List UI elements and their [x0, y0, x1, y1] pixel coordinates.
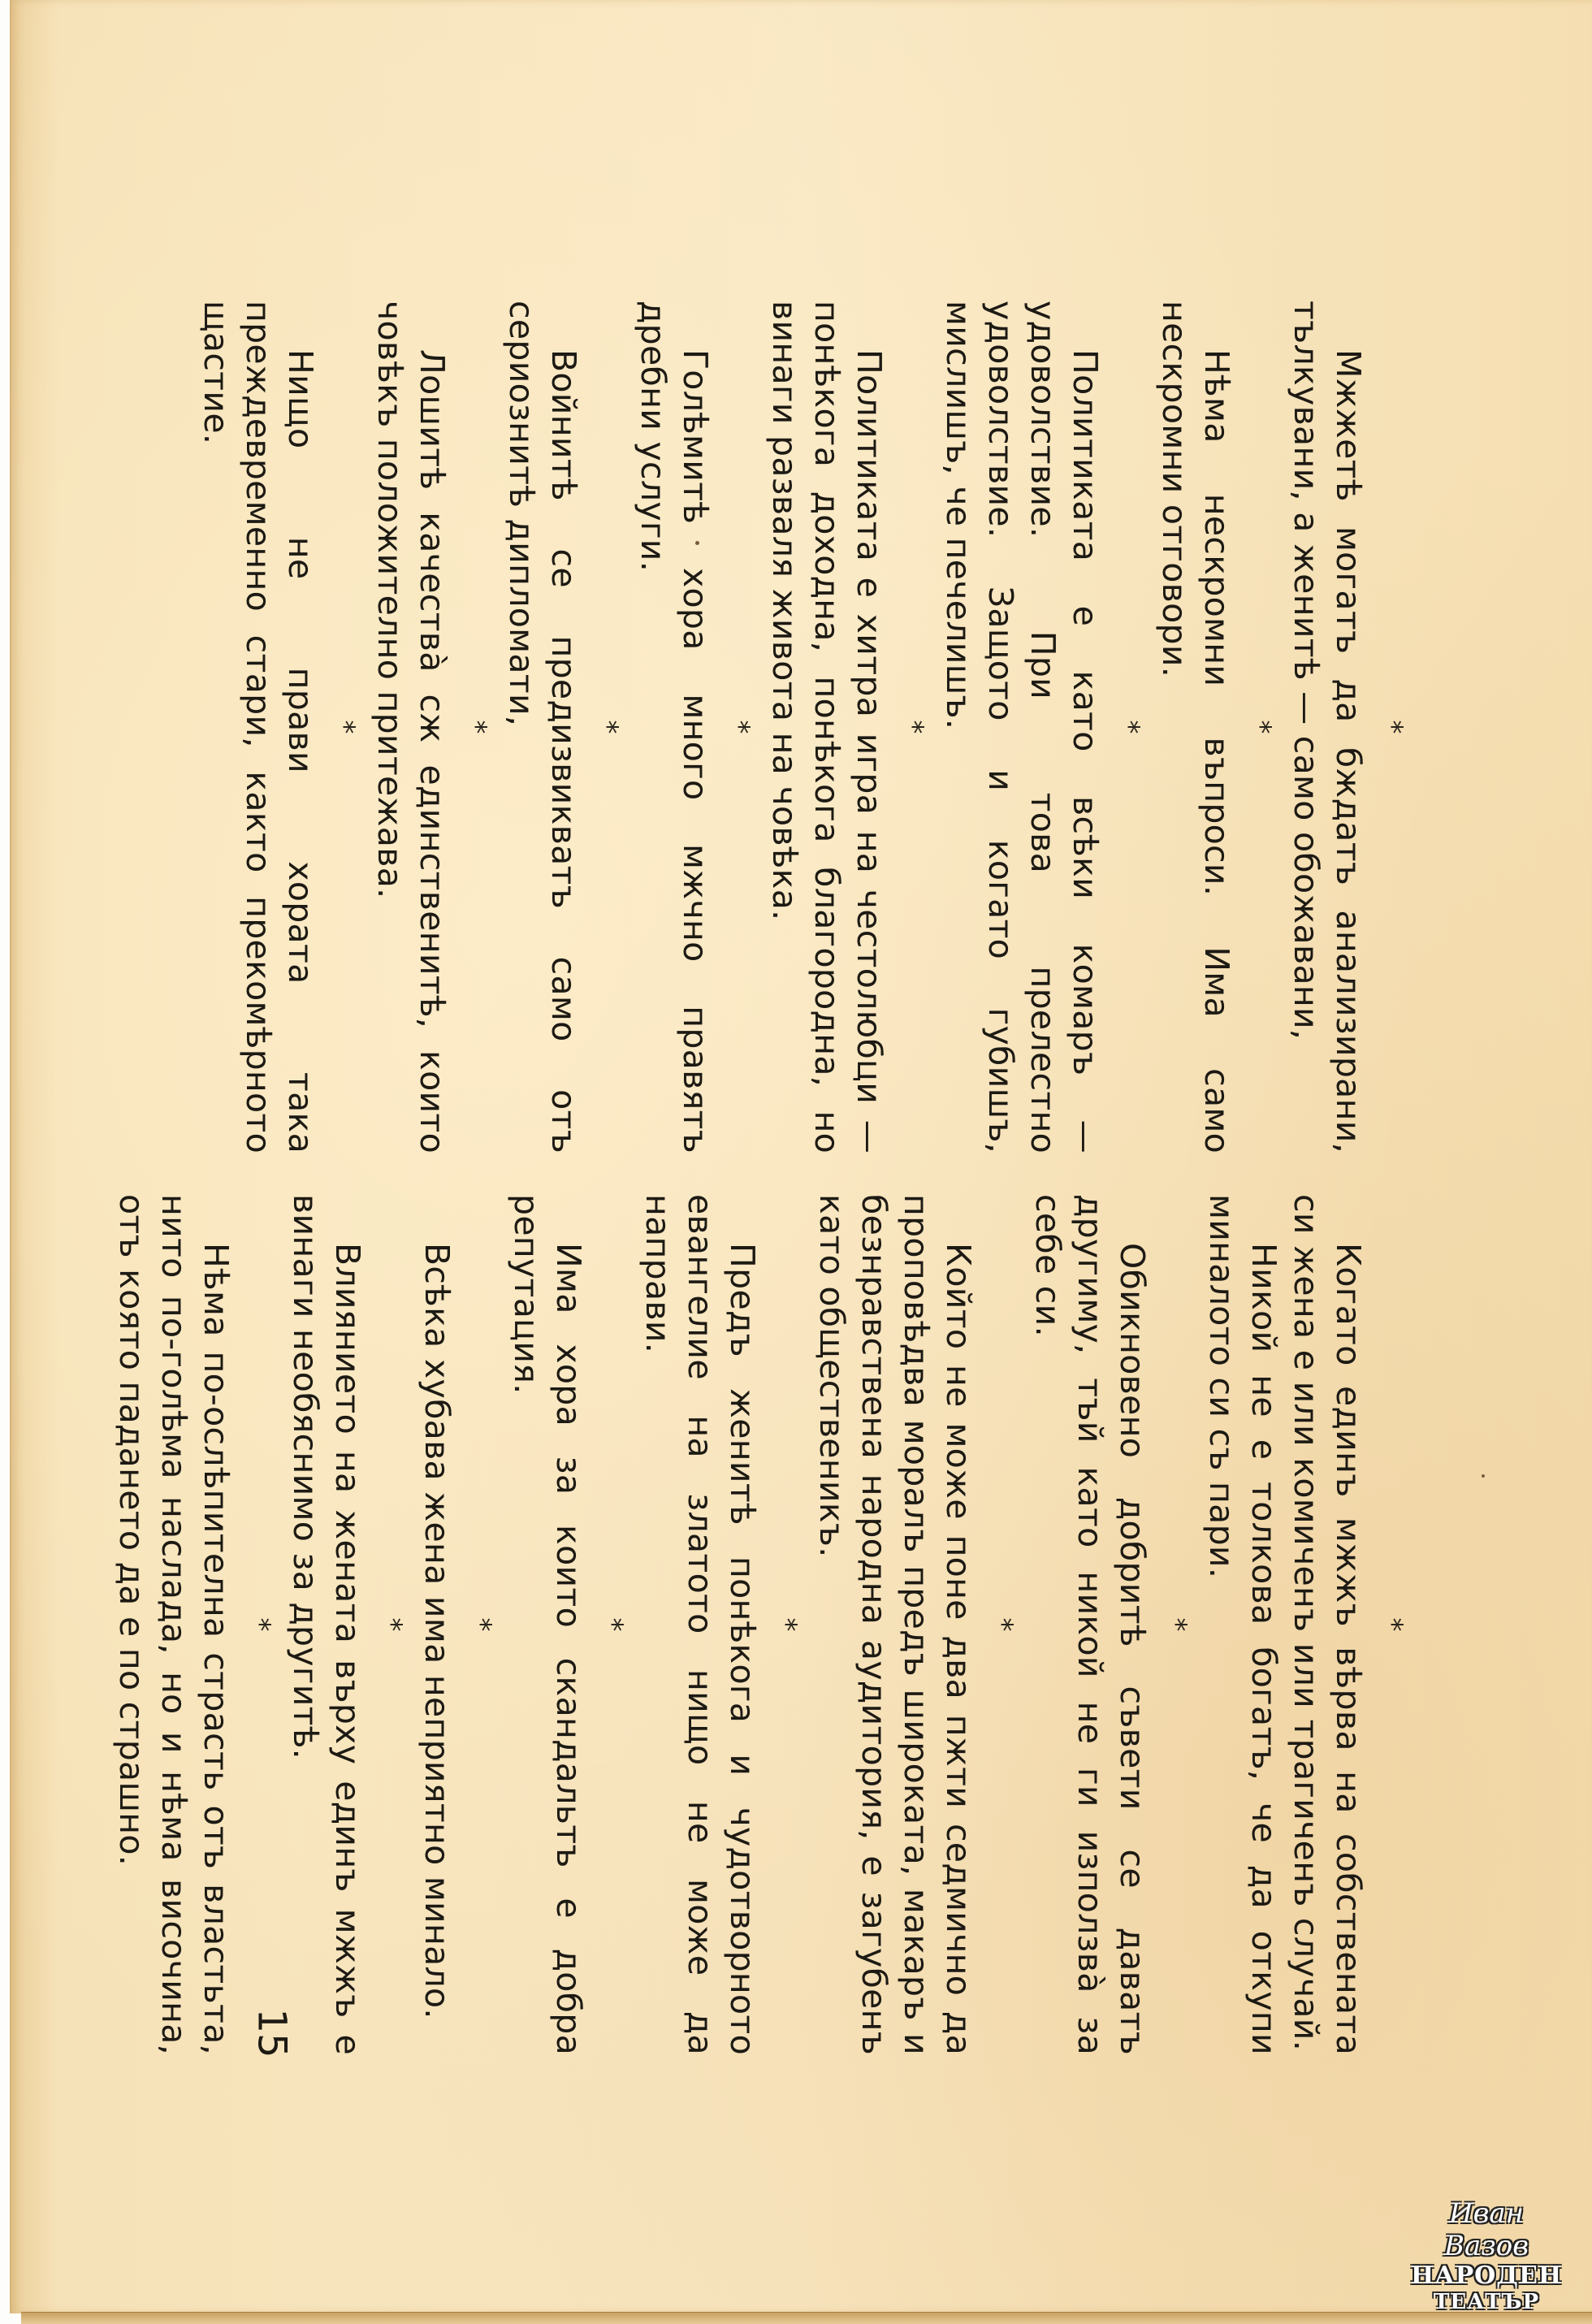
- text-column-left: *Мжжетѣ могатъ да бждатъ анализирани, тъ…: [320, 301, 1408, 1178]
- logo-signature: Иван Вазов: [1409, 2197, 1564, 2262]
- asterisk-separator: *: [764, 1194, 802, 2055]
- logo-line-1: НАРОДЕН: [1409, 2262, 1564, 2290]
- asterisk-separator: *: [369, 1194, 408, 2055]
- aphorism-paragraph: Войнитѣ се предизвикватъ само отъ сериоз…: [500, 301, 585, 1153]
- asterisk-separator: *: [1106, 301, 1145, 1153]
- ink-speck: [1482, 1474, 1485, 1478]
- aphorism-paragraph: Голѣмитѣ хора много мжчно правятъ дребни…: [632, 301, 716, 1153]
- asterisk-separator: *: [237, 1194, 276, 2055]
- aphorism-paragraph: Нѣма по-ослѣпителна страсть отъ властьта…: [110, 1194, 237, 2055]
- aphorism-paragraph: Когато единъ мжжъ вѣрва на собствената с…: [1285, 1194, 1369, 2055]
- asterisk-separator: *: [1369, 301, 1408, 1153]
- asterisk-separator: *: [585, 301, 624, 1153]
- aphorism-paragraph: Нѣма нескромни въпроси. Има само нескром…: [1153, 301, 1238, 1153]
- asterisk-separator: *: [453, 301, 492, 1153]
- aphorism-paragraph: Влиянието на жената върху единъ мжжъ е в…: [284, 1194, 369, 2055]
- page-bottom-edge: [21, 2312, 1592, 2324]
- national-theatre-logo: Иван Вазов НАРОДЕН ТЕАТЪР: [1409, 2197, 1564, 2303]
- ink-speck: [695, 541, 699, 545]
- aphorism-paragraph: Лошитѣ качествà сж единственитѣ, които ч…: [369, 301, 453, 1153]
- rotated-text-block: *Мжжетѣ могатъ да бждатъ анализирани, тъ…: [320, 301, 1408, 2055]
- aphorism-paragraph: Никой не е толкова богатъ, че да откупи …: [1200, 1194, 1285, 2055]
- asterisk-separator: *: [458, 1194, 497, 2055]
- scanned-page: *Мжжетѣ могатъ да бждатъ анализирани, тъ…: [10, 0, 1592, 2313]
- aphorism-paragraph: Политиката е хитра игра на честолюбци — …: [764, 301, 890, 1153]
- aphorism-paragraph: Има хора за които скандальтъ е добра реп…: [505, 1194, 590, 2055]
- asterisk-separator: *: [322, 301, 361, 1153]
- text-column-right: *Когато единъ мжжъ вѣрва на собствената …: [320, 1178, 1408, 2055]
- asterisk-separator: *: [716, 301, 755, 1153]
- aphorism-paragraph: Обикновено добритѣ съвети се даватъ друг…: [1027, 1194, 1153, 2055]
- page-number: 15: [249, 2008, 295, 2058]
- asterisk-separator: *: [1369, 1194, 1408, 2055]
- aphorism-paragraph: Всѣка хубава жена има неприятно минало.: [416, 1194, 458, 2055]
- aphorism-paragraph: Който не може поне два пжти седмично да …: [811, 1194, 980, 2055]
- aphorism-paragraph: Мжжетѣ могатъ да бждатъ анализирани, тъл…: [1285, 301, 1369, 1153]
- logo-line-2: ТЕАТЪР: [1409, 2290, 1564, 2314]
- asterisk-separator: *: [1153, 1194, 1192, 2055]
- asterisk-separator: *: [1238, 301, 1277, 1153]
- aphorism-paragraph: Нищо не прави хората така преждевременно…: [195, 301, 322, 1153]
- aphorism-paragraph: Политиката е като всѣки комаръ — удоволс…: [937, 301, 1106, 1153]
- asterisk-separator: *: [890, 301, 929, 1153]
- asterisk-separator: *: [980, 1194, 1019, 2055]
- asterisk-separator: *: [590, 1194, 629, 2055]
- aphorism-paragraph: Предъ женитѣ понѣкога и чудотворното ева…: [637, 1194, 764, 2055]
